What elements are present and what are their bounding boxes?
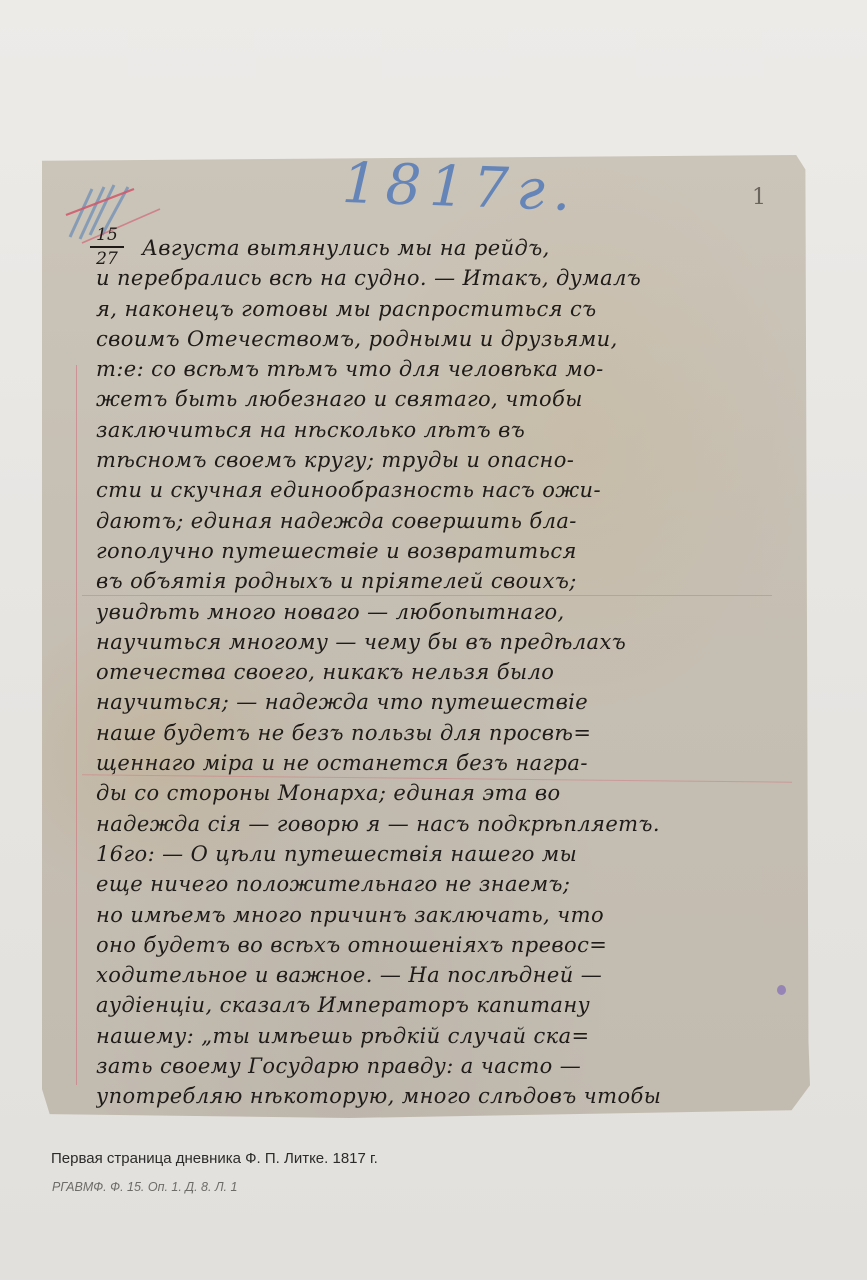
text-line: но имѣемъ много причинъ заключать, что <box>96 900 796 930</box>
archive-year-mark: 1817г. <box>341 151 580 224</box>
text-line: 16го: — О цѣли путешествія нашего мы <box>96 839 796 869</box>
text-line: заключиться на нѣсколько лѣтъ въ <box>96 415 796 445</box>
text-line: ды со стороны Монарха; единая эта во <box>96 778 796 808</box>
text-line: гополучно путешествіе и возвратиться <box>96 536 796 566</box>
archive-source-reference: РГАВМФ. Ф. 15. Оп. 1. Д. 8. Л. 1 <box>52 1180 237 1194</box>
page-number: 1 <box>752 185 766 210</box>
text-line: еще ничего положительнаго не знаемъ; <box>96 869 796 899</box>
text-line: научиться; — надежда что путешествіе <box>96 687 796 717</box>
text-line: наше будетъ не безъ пользы для просвѣ= <box>96 718 796 748</box>
text-line: ходительное и важное. — На послѣдней — <box>96 960 796 990</box>
manuscript-page: 1817г. 1 15 27 Августа вытянулись мы на … <box>42 155 810 1118</box>
text-line: оно будетъ во всѣхъ отношеніяхъ превос= <box>96 930 796 960</box>
figure-caption: Первая страница дневника Ф. П. Литке. 18… <box>51 1150 378 1167</box>
margin-rule <box>76 365 77 1085</box>
text-line: увидѣть много новаго — любопытнаго, <box>96 597 796 627</box>
text-line: своимъ Отечествомъ, родными и друзьями, <box>96 324 796 354</box>
text-line: щеннаго міра и не останется безъ награ- <box>96 748 796 778</box>
text-line: т:е: со всѣмъ тѣмъ что для человѣка мо- <box>96 354 796 384</box>
text-line: даютъ; единая надежда совершить бла- <box>96 506 796 536</box>
handwritten-text: Августа вытянулись мы на рейдъ, и перебр… <box>96 233 796 1142</box>
text-line: тѣсномъ своемъ кругу; труды и опасно- <box>96 445 796 475</box>
text-line: жетъ быть любезнаго и святаго, чтобы <box>96 384 796 414</box>
text-line: употребляю нѣкоторую, много слѣдовъ чтоб… <box>96 1081 796 1111</box>
text-line: аудіенціи, сказалъ Императоръ капитану <box>96 990 796 1020</box>
ink-stamp-dot <box>777 985 786 995</box>
text-line: Августа вытянулись мы на рейдъ, <box>96 233 796 263</box>
text-line: узнать истину о томъ что дѣлается <box>96 1112 796 1142</box>
text-line: въ объятія родныхъ и пріятелей своихъ; <box>96 566 796 596</box>
text-line: зать своему Государю правду: а часто — <box>96 1051 796 1081</box>
text-line: научиться многому — чему бы въ предѣлахъ <box>96 627 796 657</box>
text-line: надежда сія — говорю я — насъ подкрѣпляе… <box>96 809 796 839</box>
text-line: и перебрались всѣ на судно. — Итакъ, дум… <box>96 263 796 293</box>
text-line: я, наконецъ готовы мы распроститься съ <box>96 294 796 324</box>
text-line: нашему: „ты имѣешь рѣдкій случай ска= <box>96 1021 796 1051</box>
text-line: отечества своего, никакъ нельзя было <box>96 657 796 687</box>
text-line: сти и скучная единообразность насъ ожи- <box>96 475 796 505</box>
